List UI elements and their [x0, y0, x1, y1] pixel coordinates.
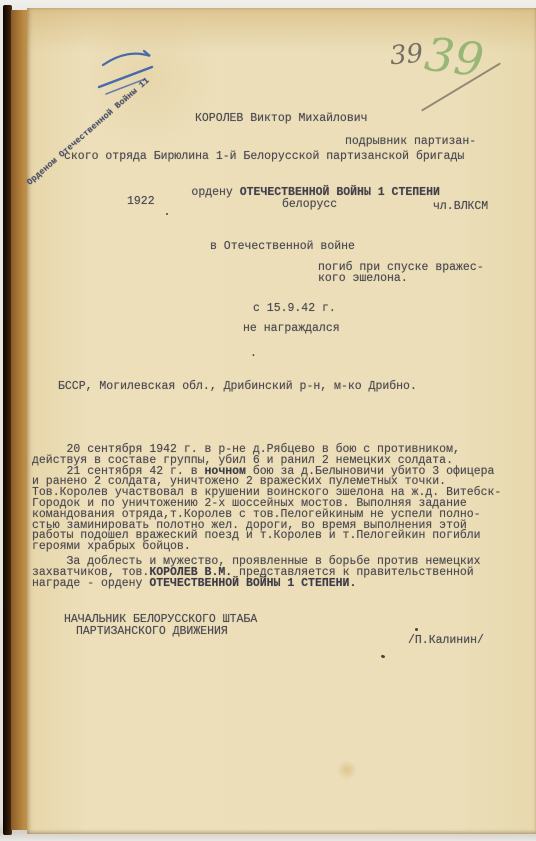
ink-speck — [415, 628, 418, 631]
award-title-main: ОТЕЧЕСТВЕННОЙ ВОЙНЫ 1 СТЕПЕНИ — [240, 186, 440, 199]
membership: чл.ВЛКСМ — [433, 201, 488, 212]
ink-speck — [381, 654, 386, 658]
signer-title-line-1: НАЧАЛЬНИК БЕЛОРУССКОГО ШТАБА — [64, 614, 257, 625]
ink-speck — [166, 213, 168, 215]
signer-title-line-2: ПАРТИЗАНСКОГО ДВИЖЕНИЯ — [76, 626, 228, 637]
signer-name: /П.Калинин/ — [408, 635, 484, 646]
nationality: белорусс — [282, 199, 337, 210]
home-address: БССР, Могилевская обл., Дрибинский р-н, … — [58, 381, 417, 392]
prior-awards: не награждался — [243, 323, 340, 334]
award-title-pre: ордену — [191, 186, 239, 199]
citation-line: героями храбрых бойцов. — [32, 542, 501, 553]
award-stamp: Орденом Отечественной Войны 11 — [25, 68, 160, 187]
role-line-2: ского отряда Бирюлина 1-й Белорусской па… — [64, 151, 464, 162]
scan-background: Орденом Отечественной Войны 11 39 39 КОР… — [0, 0, 536, 841]
war-participation: в Отечественной войне — [210, 241, 355, 252]
citation-body: 20 сентября 1942 г. в р-не д.Рябцево в б… — [32, 445, 501, 589]
document-page: Орденом Отечественной Войны 11 39 39 КОР… — [27, 8, 536, 834]
in-partisans-since: с 15.9.42 г. — [253, 303, 336, 314]
fate-line-2: кого эшелона. — [318, 273, 408, 284]
page-number-pencil: 39 — [389, 39, 425, 72]
role-line-1: подрывник партизан- — [345, 136, 476, 147]
birth-year: 1922 — [127, 196, 155, 207]
citation-line: награде - ордену ОТЕЧЕСТВЕННОЙ ВОЙНЫ 1 С… — [32, 579, 501, 590]
awardee-name: КОРОЛЕВ Виктор Михайлович — [195, 113, 368, 124]
separator-dot: . — [250, 348, 257, 359]
